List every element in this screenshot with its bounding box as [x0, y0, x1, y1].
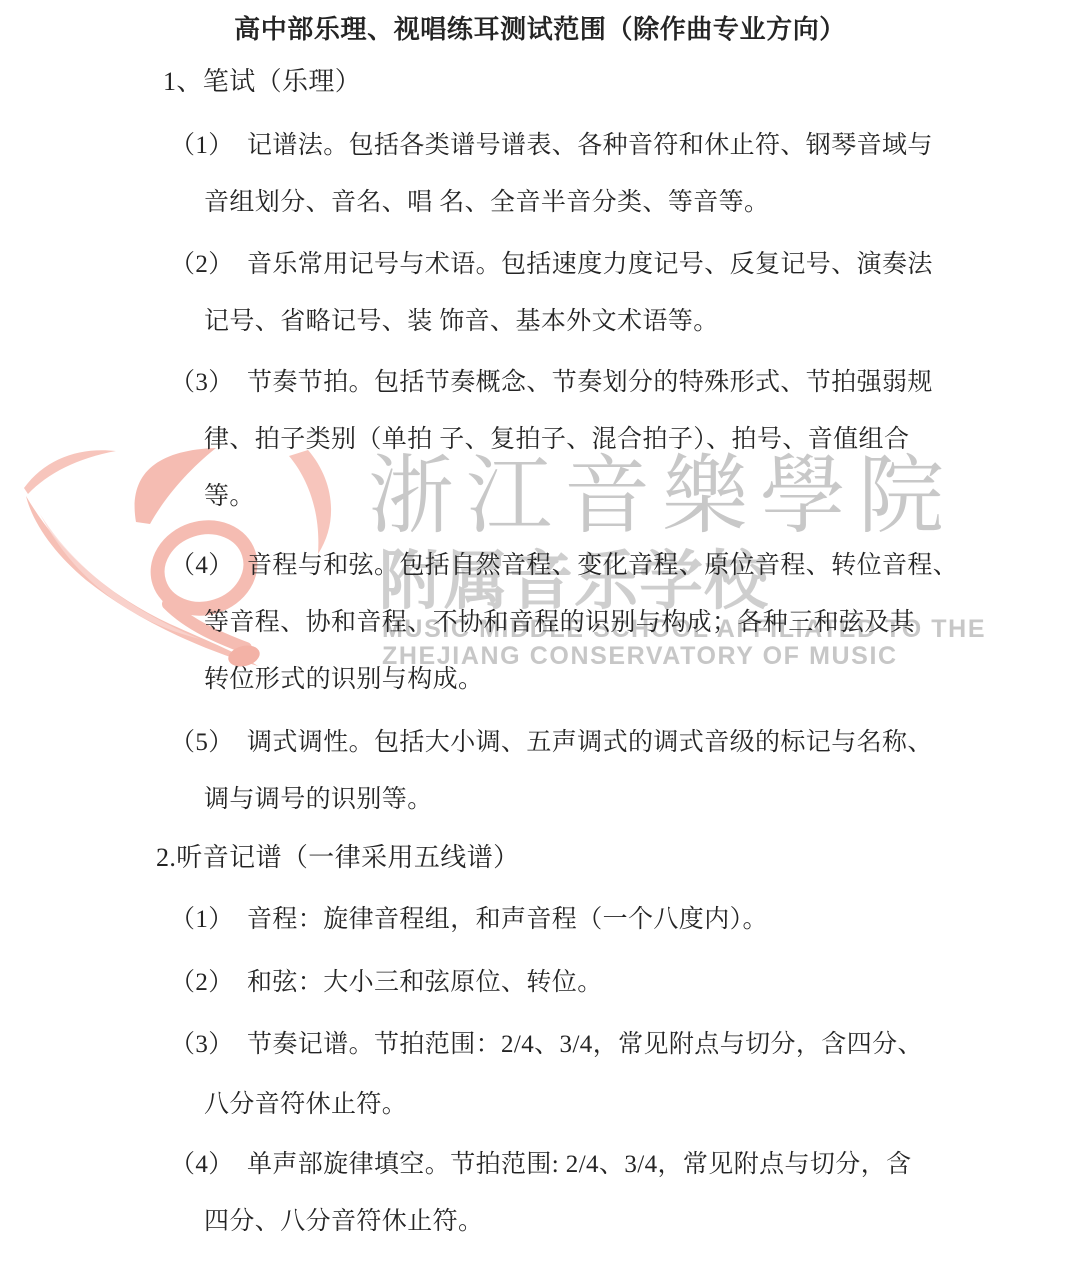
- item-line: 四分、八分音符休止符。: [204, 1206, 483, 1238]
- calligraphy-watermark: 浙江音樂學院: [368, 446, 968, 546]
- item-line: （4） 单声部旋律填空。节拍范围: 2/4、3/4，常见附点与切分，含: [170, 1149, 912, 1181]
- section-2-heading: 2.听音记谱（一律采用五线谱）: [156, 842, 520, 874]
- item-line: （3） 节奏记谱。节拍范围：2/4、3/4，常见附点与切分，含四分、: [170, 1029, 923, 1061]
- item-line: 转位形式的识别与构成。: [204, 664, 483, 696]
- item-line: 调与调号的识别等。: [204, 784, 433, 816]
- item-line: 等音程、协和音程、不协和音程的识别与构成；各种三和弦及其: [204, 607, 915, 639]
- item-line: （1） 记谱法。包括各类谱号谱表、各种音符和休止符、钢琴音域与: [170, 130, 933, 162]
- item-line: 等。: [204, 481, 255, 513]
- page-title: 高中部乐理、视唱练耳测试范围（除作曲专业方向）: [0, 14, 1080, 46]
- item-line: （5） 调式调性。包括大小调、五声调式的调式音级的标记与名称、: [170, 727, 933, 759]
- item-line: （1） 音程：旋律音程组，和声音程（一个八度内）。: [170, 904, 768, 936]
- item-line: 八分音符休止符。: [204, 1089, 407, 1121]
- item-line: （2） 和弦：大小三和弦原位、转位。: [170, 967, 603, 999]
- section-1-heading: 1、笔试（乐理）: [163, 66, 361, 98]
- item-line: （2） 音乐常用记号与术语。包括速度力度记号、反复记号、演奏法: [170, 249, 933, 281]
- item-line: （3） 节奏节拍。包括节奏概念、节奏划分的特殊形式、节拍强弱规: [170, 367, 933, 399]
- item-line: （4） 音程与和弦。包括自然音程、变化音程、原位音程、转位音程、: [170, 550, 958, 582]
- item-line: 音组划分、音名、唱 名、全音半音分类、等音等。: [204, 187, 769, 219]
- item-line: 记号、省略记号、装 饰音、基本外文术语等。: [204, 306, 719, 338]
- item-line: 律、拍子类别（单拍 子、复拍子、混合拍子）、拍号、音值组合: [204, 424, 909, 456]
- document-page: 浙江音樂學院 附属音乐学校 MUSIC MIDDLE SCHOOL AFFILI…: [0, 0, 1080, 1284]
